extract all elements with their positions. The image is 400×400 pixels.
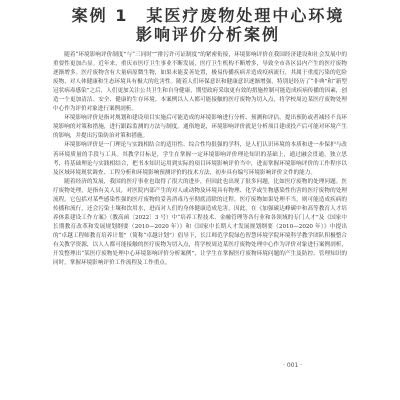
page-number: · 001 ·: [283, 362, 302, 369]
case-title-line2: 影响评价分析案例: [8, 22, 400, 45]
body-text: 随着“环境影响评价制度”与“三同时”“排污许可证制度”的紧密衔接，环境影响评价在…: [53, 51, 347, 268]
paragraph-2: 环境影响评价是指对规划和建设项目实施后可能造成的环境影响进行分析、预测和评估，提…: [53, 114, 347, 141]
paragraph-1: 随着“环境影响评价制度”与“三同时”“排污许可证制度”的紧密衔接，环境影响评价在…: [53, 51, 347, 114]
paragraph-3: 环境影响评价是一门理论与实践相结合的适用性、综合性均很强的学科，是人们认识环境的…: [53, 141, 347, 177]
paragraph-4: 随着经济的发展，我国的医疗事业也取得了很大的进步，但因此也出现了很多问题，比如医…: [53, 178, 347, 268]
